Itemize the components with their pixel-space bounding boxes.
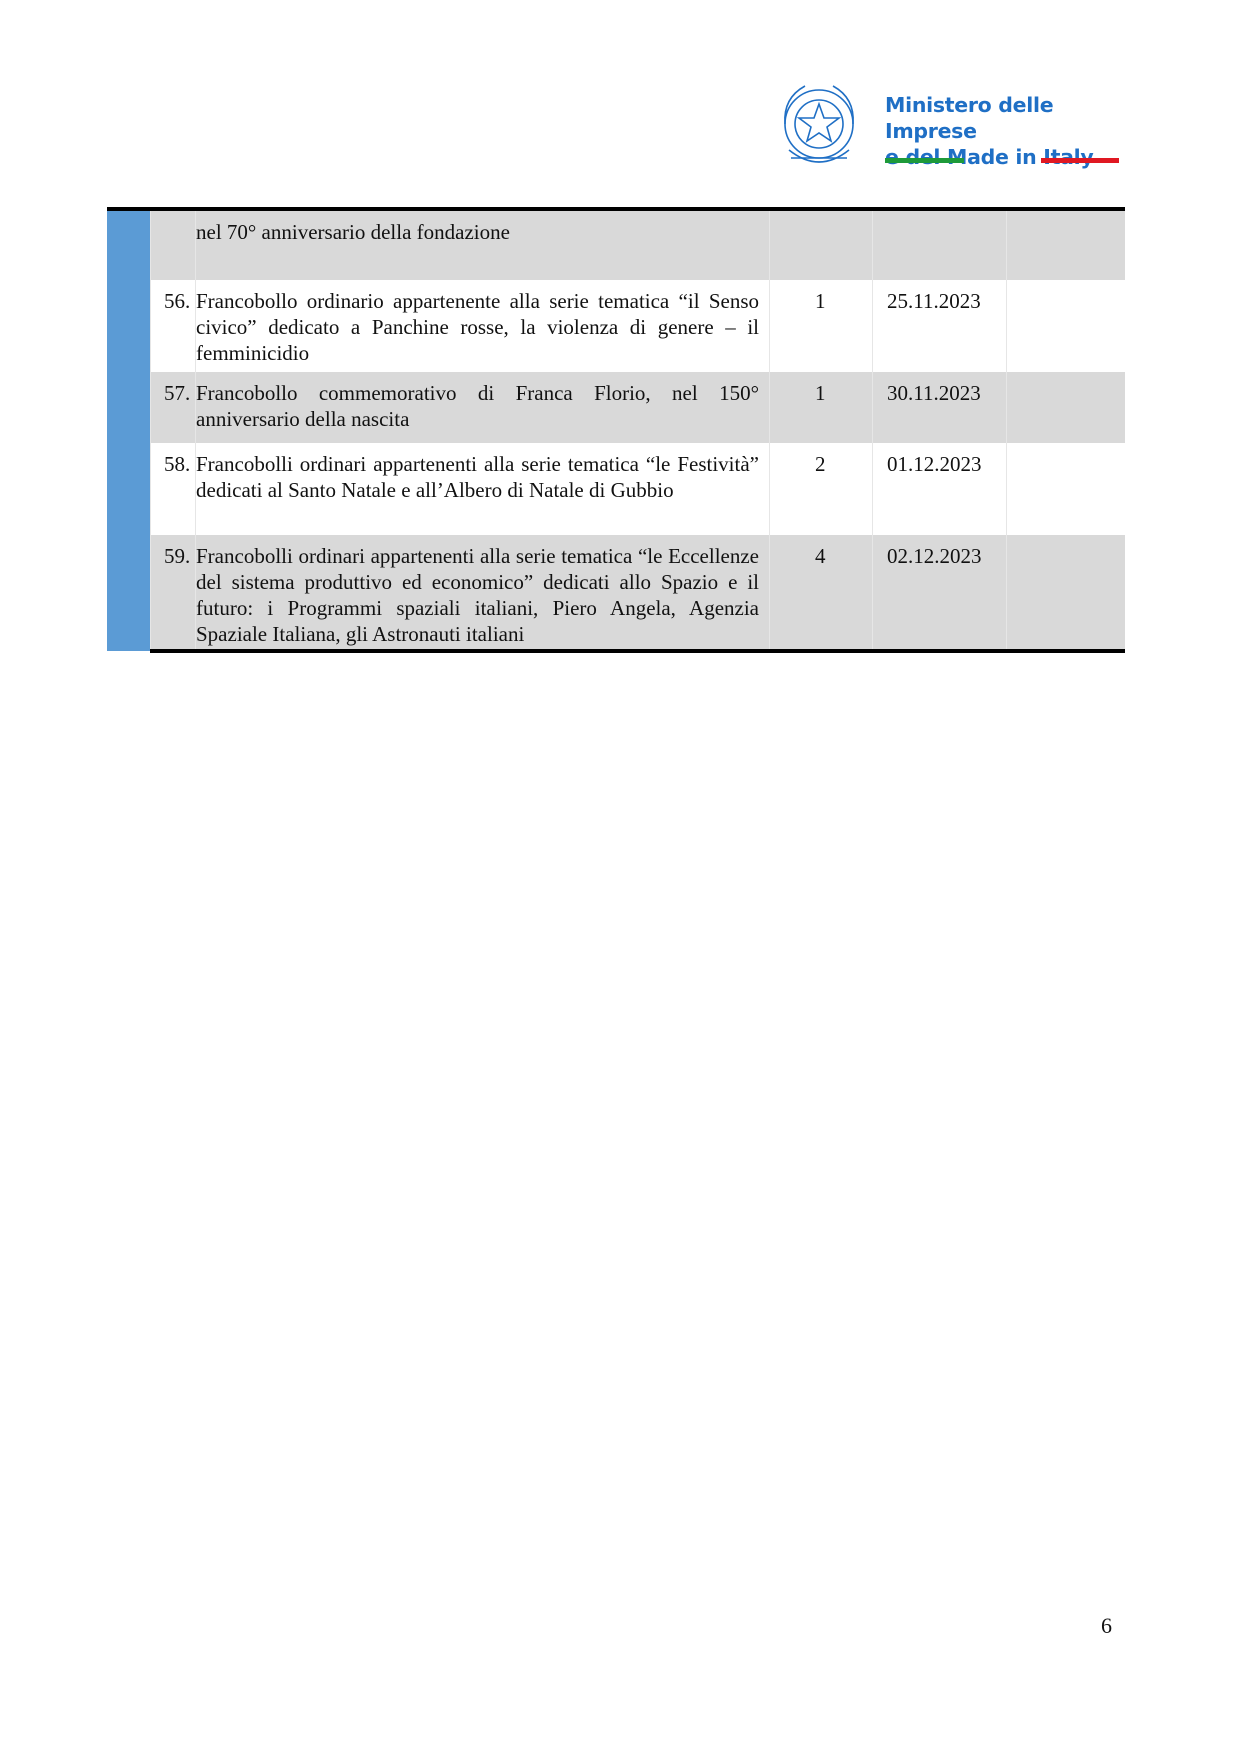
ministry-name-line1: Ministero delle Imprese bbox=[885, 92, 1125, 144]
ministry-name-line2: e del Made in Italy bbox=[885, 144, 1125, 170]
stamps-table: nel 70° anniversario della fondazione 56… bbox=[107, 207, 1125, 653]
table-row: 56. Francobollo ordinario appartenente a… bbox=[107, 280, 1125, 372]
quantity-cell: 4 bbox=[770, 535, 873, 651]
page-number: 6 bbox=[1101, 1613, 1112, 1639]
row-number: 57. bbox=[152, 380, 196, 432]
quantity-cell: 1 bbox=[770, 280, 873, 372]
side-bar-cell bbox=[107, 443, 151, 535]
side-bar-cell bbox=[107, 535, 151, 651]
side-bar-cell bbox=[107, 372, 151, 443]
date-cell bbox=[873, 209, 1007, 280]
row-number: 59. bbox=[152, 543, 196, 647]
row-description: Francobolli ordinari appartenenti alla s… bbox=[196, 543, 759, 647]
description-cell: 59. Francobolli ordinari appartenenti al… bbox=[196, 535, 770, 651]
flag-red-stripe bbox=[1041, 158, 1119, 163]
side-bar-cell bbox=[107, 280, 151, 372]
row-number: 56. bbox=[152, 288, 196, 366]
italian-republic-emblem-icon bbox=[775, 78, 863, 176]
quantity-cell bbox=[770, 209, 873, 280]
row-description: nel 70° anniversario della fondazione bbox=[196, 219, 759, 245]
description-cell: 56. Francobollo ordinario appartenente a… bbox=[196, 280, 770, 372]
date-cell: 30.11.2023 bbox=[873, 372, 1007, 443]
row-description: Francobollo commemorativo di Franca Flor… bbox=[196, 380, 759, 432]
description-cell: nel 70° anniversario della fondazione bbox=[196, 209, 770, 280]
row-description: Francobolli ordinari appartenenti alla s… bbox=[196, 451, 759, 503]
table-row: nel 70° anniversario della fondazione bbox=[107, 209, 1125, 280]
quantity-cell: 1 bbox=[770, 372, 873, 443]
table-row: 59. Francobolli ordinari appartenenti al… bbox=[107, 535, 1125, 651]
table-row: 57. Francobollo commemorativo di Franca … bbox=[107, 372, 1125, 443]
description-cell: 58. Francobolli ordinari appartenenti al… bbox=[196, 443, 770, 535]
description-cell: 57. Francobollo commemorativo di Franca … bbox=[196, 372, 770, 443]
row-number bbox=[152, 219, 196, 245]
table-row: 58. Francobolli ordinari appartenenti al… bbox=[107, 443, 1125, 535]
side-bar-cell bbox=[107, 209, 151, 280]
row-number: 58. bbox=[152, 451, 196, 503]
flag-green-stripe bbox=[885, 158, 964, 163]
date-cell: 02.12.2023 bbox=[873, 535, 1007, 651]
row-description: Francobollo ordinario appartenente alla … bbox=[196, 288, 759, 366]
ministry-logo: Ministero delle Imprese e del Made in It… bbox=[775, 78, 1125, 178]
date-cell: 25.11.2023 bbox=[873, 280, 1007, 372]
date-cell: 01.12.2023 bbox=[873, 443, 1007, 535]
quantity-cell: 2 bbox=[770, 443, 873, 535]
